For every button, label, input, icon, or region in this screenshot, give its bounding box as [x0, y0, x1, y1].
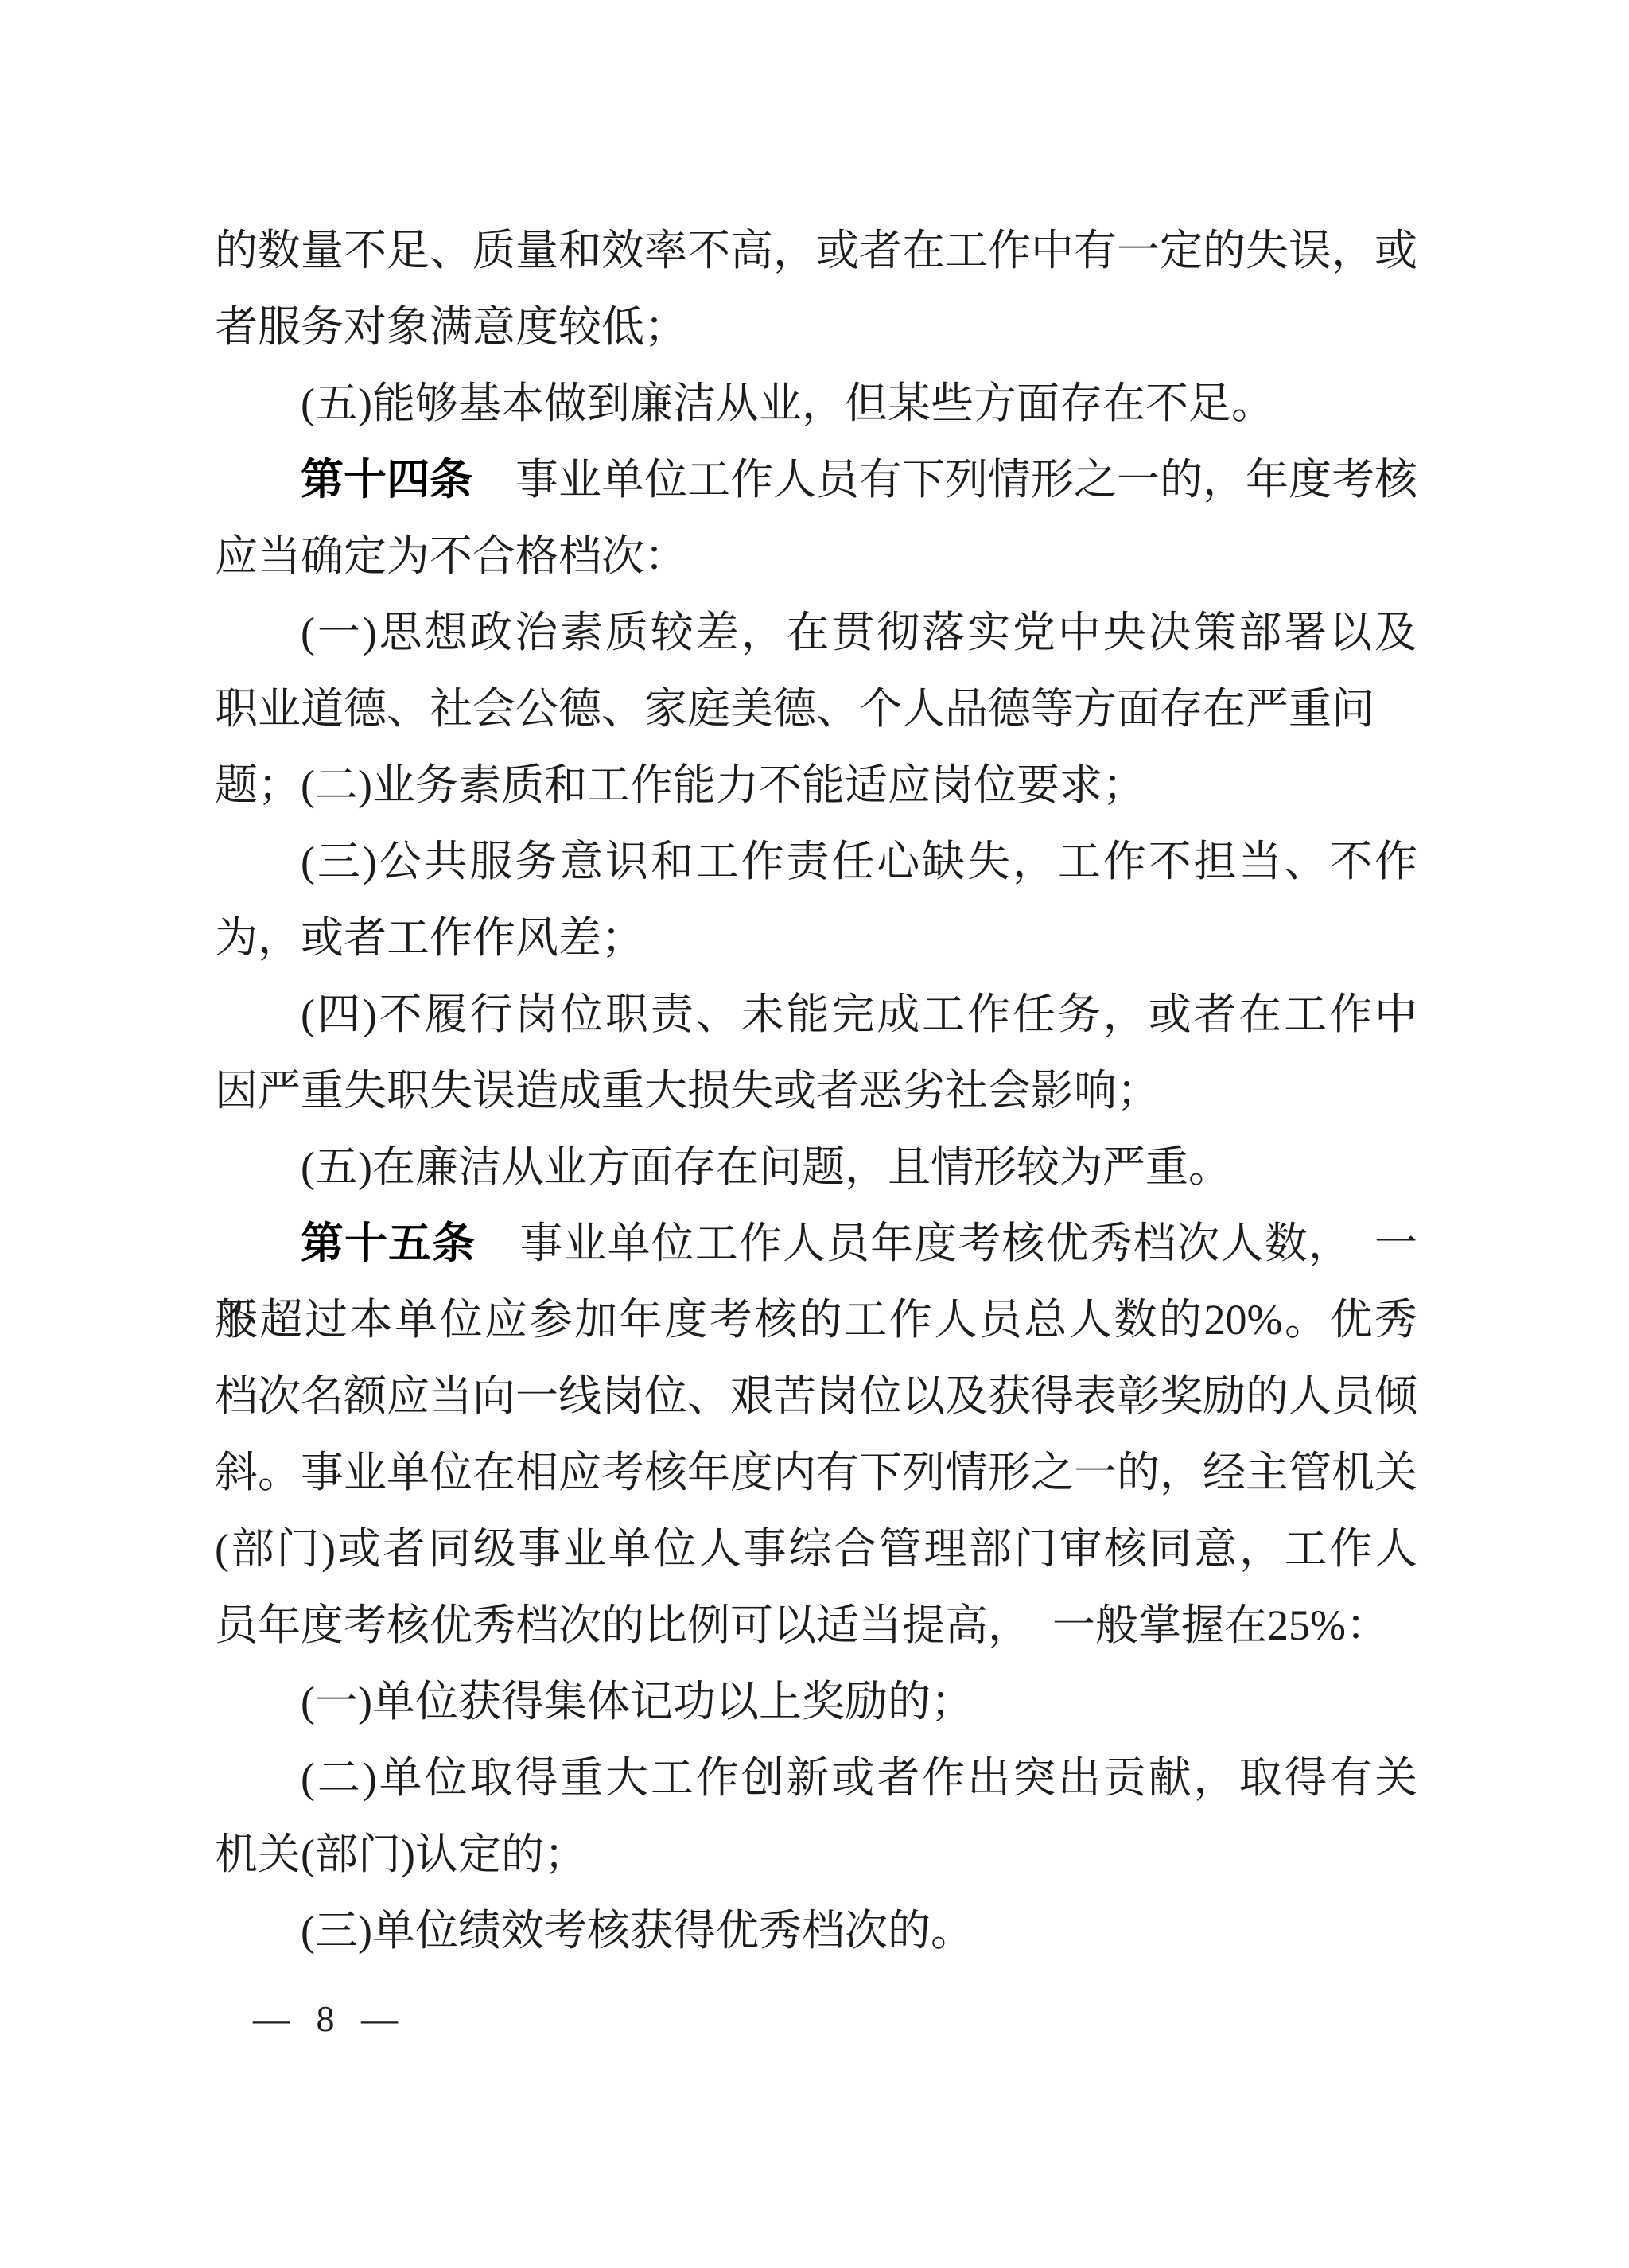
text-line: (四)不履行岗位职责、未能完成工作任务，或者在工作中	[215, 976, 1417, 1052]
text-line: 档次名额应当向一线岗位、艰苦岗位以及获得表彰奖励的人员倾斜。	[215, 1358, 1417, 1434]
text-line: 为，或者工作作风差；	[215, 900, 1417, 976]
line-text: (二)单位取得重大工作创新或者作出突出贡献，取得有关	[301, 1754, 1417, 1802]
text-line: 员年度考核优秀档次的比例可以适当提高， 一般掌握在25%：	[215, 1587, 1417, 1663]
text-line: 第十四条 事业单位工作人员有下列情形之一的，年度考核	[215, 442, 1417, 518]
line-text: (一)思想政治素质较差，在贯彻落实党中央决策部署以及	[301, 609, 1417, 656]
text-line: (三)公共服务意识和工作责任心缺失，工作不担当、不作	[215, 823, 1417, 900]
text-line: (二)业务素质和工作能力不能适应岗位要求；	[215, 747, 1417, 823]
line-text: 者服务对象满意度较低；	[215, 303, 687, 351]
line-text: 的数量不足、质量和效率不高，或者在工作中有一定的失误，或	[215, 227, 1417, 274]
text-line: (二)单位取得重大工作创新或者作出突出贡献，取得有关	[215, 1740, 1417, 1816]
line-text: (部门)或者同级事业单位人事综合管理部门审核同意，工作人	[215, 1525, 1417, 1573]
line-text: 为，或者工作作风差；	[215, 914, 644, 962]
text-line: 者服务对象满意度较低；	[215, 289, 1417, 365]
text-line: (部门)或者同级事业单位人事综合管理部门审核同意，工作人	[215, 1511, 1417, 1587]
text-line: 的数量不足、质量和效率不高，或者在工作中有一定的失误，或	[215, 212, 1417, 289]
text-line: (一)思想政治素质较差，在贯彻落实党中央决策部署以及	[215, 594, 1417, 671]
line-text: 员年度考核优秀档次的比例可以适当提高， 一般掌握在25%：	[215, 1601, 1389, 1649]
text-line: 事业单位在相应考核年度内有下列情形之一的，经主管机关	[215, 1434, 1417, 1511]
text-line: (五)在廉洁从业方面存在问题，且情形较为严重。	[215, 1129, 1417, 1205]
article-number-heading: 第十四条	[301, 456, 472, 504]
line-text: (一)单位获得集体记功以上奖励的；	[301, 1678, 974, 1725]
text-line: 不超过本单位应参加年度考核的工作人员总人数的20%。优秀	[215, 1282, 1417, 1358]
text-line: 职业道德、社会公德、家庭美德、个人品德等方面存在严重问题；	[215, 671, 1417, 747]
line-text: 不超过本单位应参加年度考核的工作人员总人数的20%。优秀	[215, 1296, 1417, 1344]
line-text: 事业单位在相应考核年度内有下列情形之一的，经主管机关	[301, 1449, 1417, 1496]
article-number-heading: 第十五条	[301, 1220, 476, 1267]
text-line: 第十五条 事业单位工作人员年度考核优秀档次人数， 一般	[215, 1205, 1417, 1282]
page-number: — 8 —	[253, 1998, 398, 2039]
line-text: 应当确定为不合格档次：	[215, 532, 687, 580]
line-text: (三)单位绩效考核获得优秀档次的。	[301, 1907, 974, 1955]
line-text: (五)能够基本做到廉洁从业，但某些方面存在不足。	[301, 379, 1274, 427]
text-line: 机关(部门)认定的；	[215, 1816, 1417, 1893]
line-text: (四)不履行岗位职责、未能完成工作任务，或者在工作中	[301, 990, 1417, 1038]
document-body: 的数量不足、质量和效率不高，或者在工作中有一定的失误，或者服务对象满意度较低；(…	[215, 212, 1417, 1969]
line-text: (五)在廉洁从业方面存在问题，且情形较为严重。	[301, 1143, 1231, 1191]
text-line: (一)单位获得集体记功以上奖励的；	[215, 1663, 1417, 1740]
line-text: (二)业务素质和工作能力不能适应岗位要求；	[301, 761, 1145, 809]
text-line: (五)能够基本做到廉洁从业，但某些方面存在不足。	[215, 365, 1417, 442]
text-line: 因严重失职失误造成重大损失或者恶劣社会影响；	[215, 1052, 1417, 1129]
line-text: 事业单位工作人员有下列情形之一的，年度考核	[472, 456, 1417, 504]
text-line: (三)单位绩效考核获得优秀档次的。	[215, 1893, 1417, 1969]
line-text: 因严重失职失误造成重大损失或者恶劣社会影响；	[215, 1067, 1160, 1115]
page-footer: — 8 —	[253, 1982, 398, 2056]
line-text: 机关(部门)认定的；	[215, 1830, 587, 1878]
text-line: 应当确定为不合格档次：	[215, 518, 1417, 594]
line-text: (三)公共服务意识和工作责任心缺失，工作不担当、不作	[301, 838, 1417, 885]
